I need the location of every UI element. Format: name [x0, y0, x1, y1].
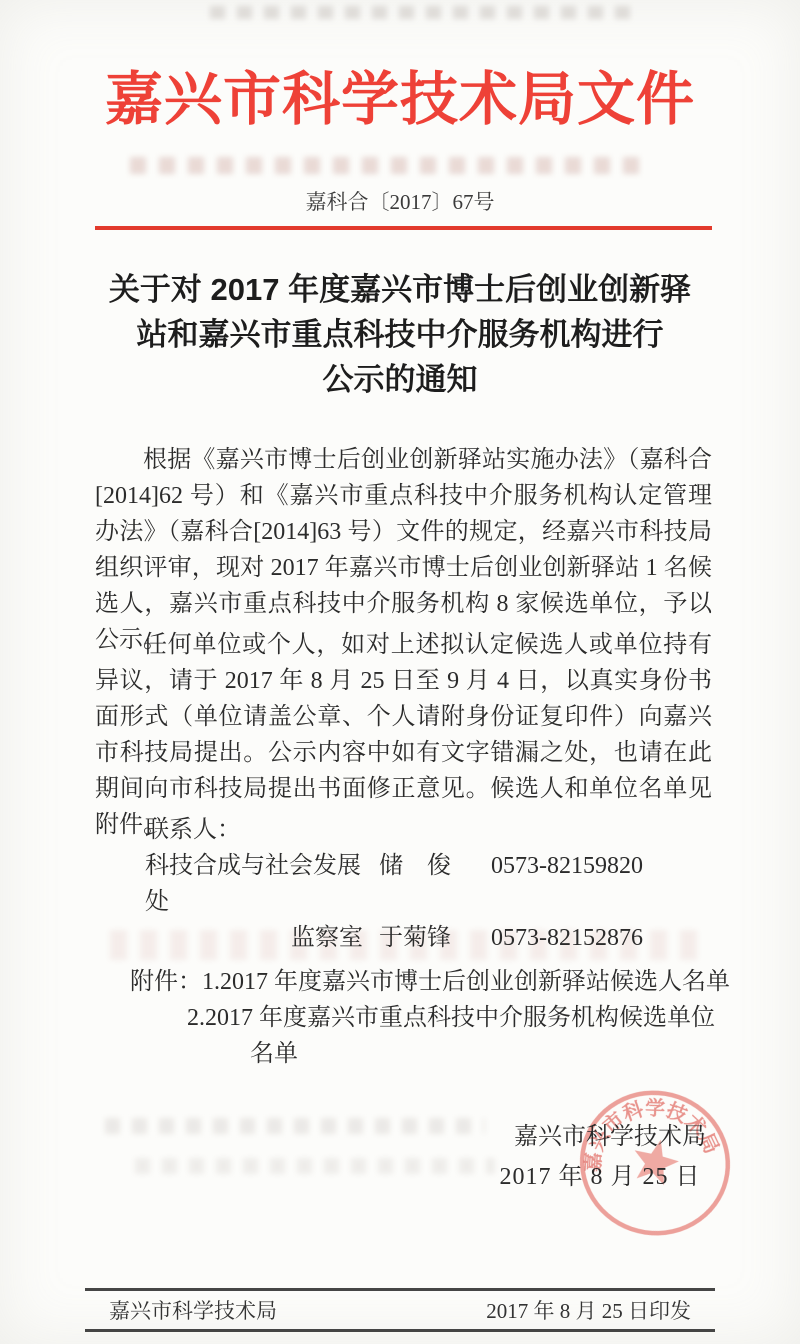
document-title-line1: 关于对 2017 年度嘉兴市博士后创业创新驿: [60, 267, 740, 312]
bleed-through-artifact: [135, 1158, 495, 1174]
paragraph-text: 任何单位或个人，如对上述拟认定候选人或单位持有异议，请于 2017 年 8 月 …: [95, 627, 712, 843]
contact-label: 联系人：: [95, 812, 712, 848]
attachment-item-1-text: 1.2017 年度嘉兴市博士后创业创新驿站候选人名单: [202, 969, 730, 995]
attachment-item-1: 附件：1.2017 年度嘉兴市博士后创业创新驿站候选人名单: [95, 964, 735, 1000]
contact-block: 联系人： 科技合成与社会发展处 储 俊 0573-82159820 监察室 于菊…: [95, 812, 712, 956]
contact-dept: 科技合成与社会发展处: [145, 848, 363, 920]
body-paragraph-2: 任何单位或个人，如对上述拟认定候选人或单位持有异议，请于 2017 年 8 月 …: [95, 627, 712, 843]
attachment-item-2: 2.2017 年度嘉兴市重点科技中介服务机构候选单位: [95, 1000, 735, 1036]
attachments-block: 附件：1.2017 年度嘉兴市博士后创业创新驿站候选人名单 2.2017 年度嘉…: [95, 964, 735, 1072]
contact-name: 于菊锋: [379, 920, 475, 956]
bleed-through-artifact: [105, 1118, 485, 1134]
document-title: 关于对 2017 年度嘉兴市博士后创业创新驿 站和嘉兴市重点科技中介服务机构进行…: [60, 267, 740, 402]
bleed-through-artifact: [210, 6, 640, 19]
attachment-item-2-wrap: 名单: [95, 1036, 735, 1072]
footer-bar: 嘉兴市科学技术局 2017 年 8 月 25 日印发: [85, 1288, 715, 1332]
bleed-through-artifact: [130, 157, 650, 174]
signature-block: 嘉兴市科学技术局 2017 年 8 月 25 日: [500, 1119, 720, 1195]
body-paragraph-1: 根据《嘉兴市博士后创业创新驿站实施办法》（嘉科合[2014]62 号）和《嘉兴市…: [95, 442, 712, 658]
contact-phone: 0573-82159820: [491, 848, 712, 920]
contact-row: 监察室 于菊锋 0573-82152876: [145, 920, 712, 956]
contact-phone: 0573-82152876: [491, 920, 712, 956]
contact-name: 储 俊: [379, 848, 475, 920]
footer-print-date: 2017 年 8 月 25 日印发: [486, 1295, 691, 1325]
attachments-label: 附件：: [130, 969, 202, 995]
signature-date: 2017 年 8 月 25 日: [490, 1159, 710, 1195]
contact-dept: 监察室: [145, 920, 363, 956]
letterhead-title: 嘉兴市科学技术局文件: [0, 52, 800, 136]
document-number: 嘉科合〔2017〕67号: [0, 186, 800, 216]
footer-issuer: 嘉兴市科学技术局: [109, 1295, 277, 1325]
document-title-line3: 公示的通知: [60, 357, 740, 402]
paragraph-text: 根据《嘉兴市博士后创业创新驿站实施办法》（嘉科合[2014]62 号）和《嘉兴市…: [95, 442, 712, 658]
letterhead-divider: [95, 226, 712, 230]
document-title-line2: 站和嘉兴市重点科技中介服务机构进行: [60, 312, 740, 357]
signature-org: 嘉兴市科学技术局: [500, 1119, 720, 1155]
contact-row: 科技合成与社会发展处 储 俊 0573-82159820: [145, 848, 712, 920]
document-page: 嘉兴市科学技术局文件 嘉科合〔2017〕67号 关于对 2017 年度嘉兴市博士…: [0, 0, 800, 1344]
